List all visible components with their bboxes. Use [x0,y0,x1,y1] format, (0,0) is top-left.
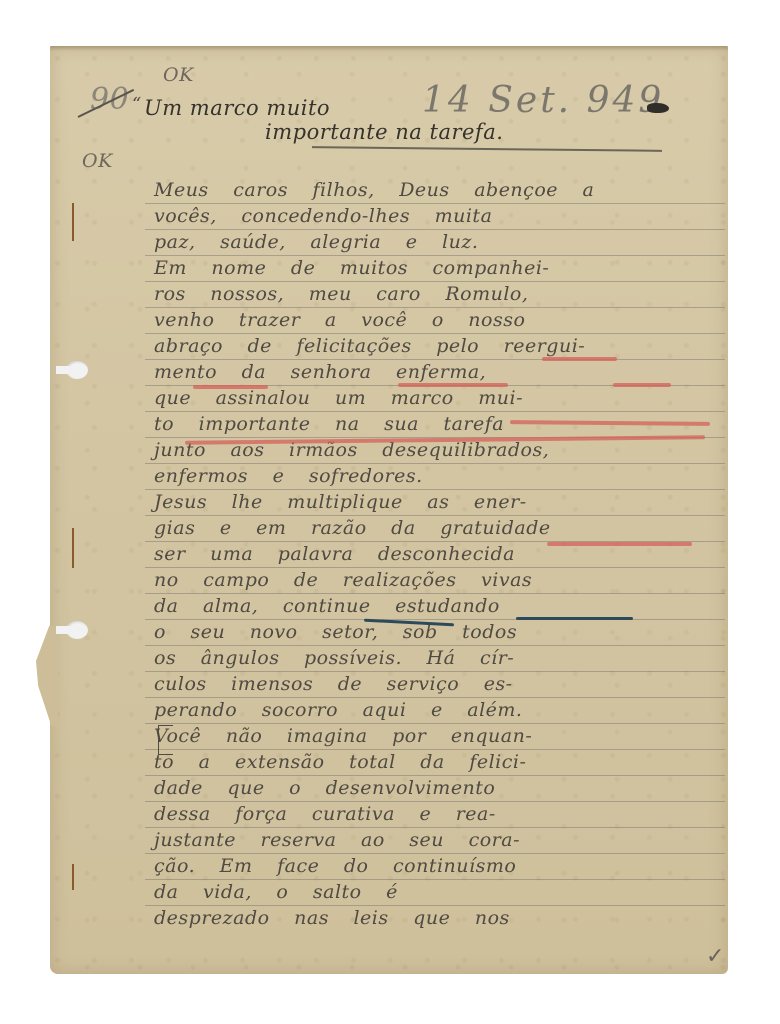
body-line: abraço de felicitações pelo reergui- [154,335,585,357]
body-line: to a extensão total da felici- [154,751,526,773]
red-underline-mark [613,383,671,387]
punch-hole-lower [66,621,88,639]
body-line: da vida, o salto é [154,881,398,903]
ink-blot [647,103,669,113]
body-line: que assinalou um marco mui- [154,387,523,409]
body-line: ros nossos, meu caro Romulo, [154,283,528,305]
body-line: to importante na sua tarefa [154,413,504,435]
staple-mark-middle [72,528,74,568]
title-line-2: importante na tarefa. [265,120,503,144]
body-line: o seu novo setor, sob todos [154,621,517,643]
torn-paper-edge [36,626,58,726]
body-line: ser uma palavra desconhecida [154,543,515,565]
body-line: perando socorro aqui e além. [154,699,522,721]
body-line: Meus caros filhos, Deus abençoe a [154,179,594,201]
manuscript-sheet: 90 OK OK “ Um marco muito 14 Set. 949 im… [50,46,728,974]
red-underline-mark [398,383,508,387]
title-line-1: Um marco muito [144,96,330,120]
ok-annotation-top: OK [163,64,194,86]
check-mark: ✓ [706,944,724,969]
body-line: no campo de realizações vivas [154,569,532,591]
body-line: desprezado nas leis que nos [154,907,510,929]
body-line: justante reserva ao seu cora- [154,829,520,851]
body-line: vocês, concedendo-lhes muita [154,205,492,227]
body-line: Você não imagina por enquan- [154,725,532,747]
date-annotation: 14 Set. 949 [422,80,664,121]
body-line: mento da senhora enferma, [154,361,486,383]
staple-mark-top [72,203,74,241]
punch-hole-upper [66,361,88,379]
body-line: paz, saúde, alegria e luz. [154,231,478,253]
paragraph-bracket-mark [158,725,173,755]
body-line: enfermos e sofredores. [154,465,423,487]
red-underline-mark [542,357,617,361]
body-line: dade que o desenvolvimento [154,777,495,799]
ok-annotation-left: OK [82,150,113,172]
body-line: gias e em razão da gratuidade [154,517,551,539]
body-line: Em nome de muitos companhei- [154,257,549,279]
body-line: venho trazer a você o nosso [154,309,525,331]
red-underline-mark [547,542,692,546]
staple-mark-bottom [72,864,74,890]
body-line: ção. Em face do continuísmo [154,855,516,877]
body-line: dessa força curativa e rea- [154,803,496,825]
body-line: da alma, continue estudando [154,595,500,617]
body-line: Jesus lhe multiplique as ener- [154,491,527,513]
body-line: os ângulos possíveis. Há cír- [154,647,514,669]
body-line: culos imensos de serviço es- [154,673,513,695]
blue-underline-mark [516,617,633,620]
opening-quote: “ [132,94,142,115]
red-underline-mark [193,385,268,389]
